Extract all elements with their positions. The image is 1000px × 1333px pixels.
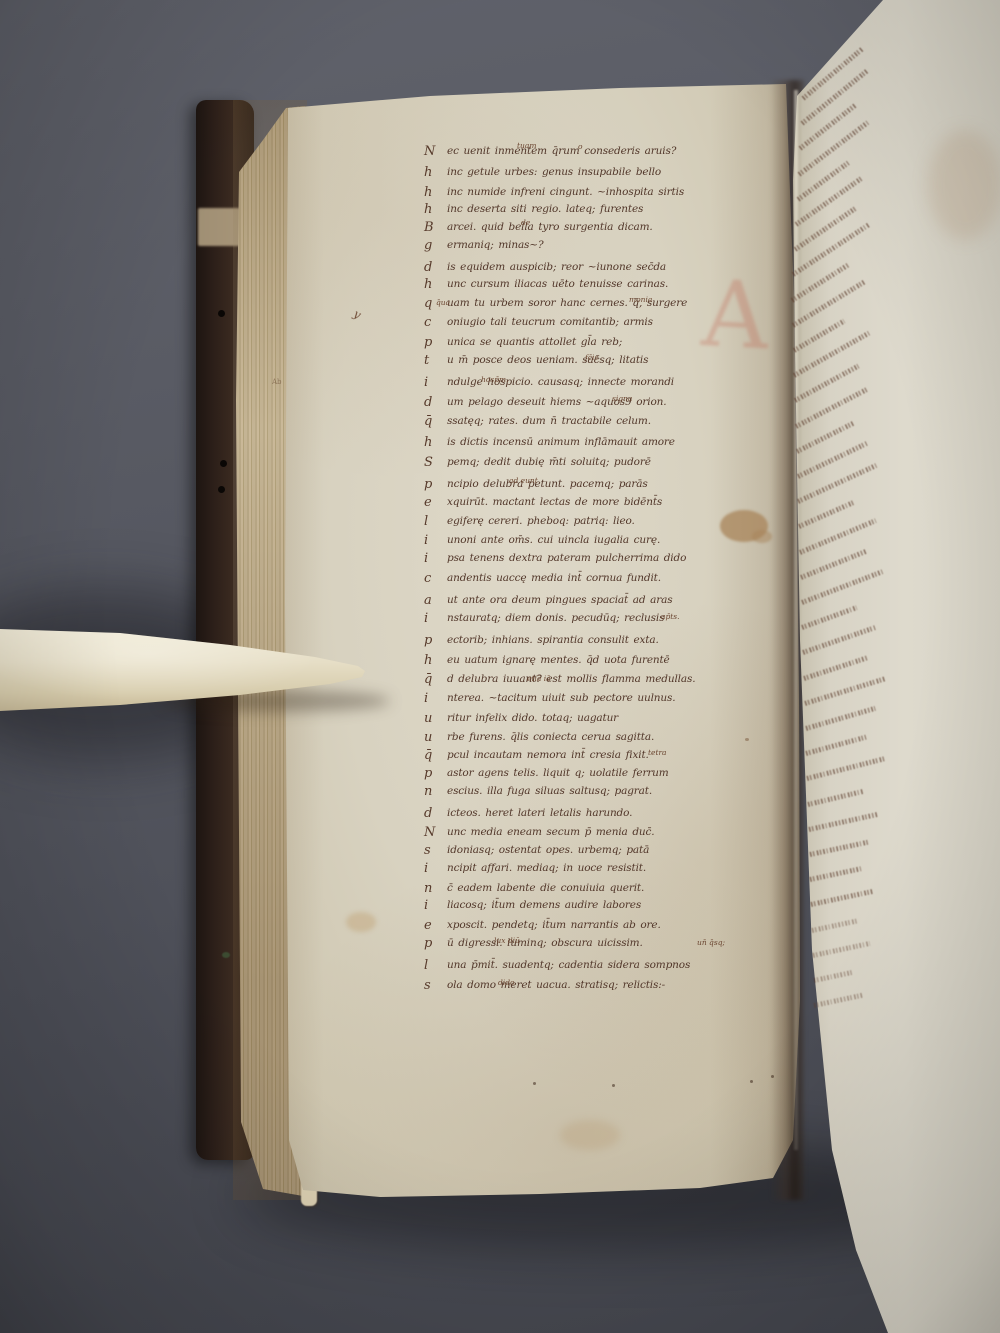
verse-text: ncipio delubra petunt. pacemq; parās xyxy=(447,478,648,490)
verse-text: d delubra iuuant? est mollis flamma medu… xyxy=(447,673,695,685)
verse-initial: n xyxy=(424,784,432,799)
interlinear-gloss: etiā iā xyxy=(527,674,551,683)
interlinear-gloss: ap̄ts. xyxy=(661,612,680,621)
verse-text: um pelago deseuit hiems ~aquos9 orion. xyxy=(447,396,666,408)
verse-text: xquirūt. mactant lectas de more bidēnt̄s xyxy=(447,496,662,508)
verse-initial: i xyxy=(424,611,428,626)
verse-initial: i xyxy=(424,691,428,706)
verse-text: nstauratq; diem donis. pecudūq; reclusis xyxy=(447,612,664,624)
speck xyxy=(750,1080,753,1083)
verse-text: arcei. quid bella tyro surgentia dicam. xyxy=(447,221,653,233)
verse-text: pcul incautam nemora int̄ cresia fixit. xyxy=(447,749,649,761)
verse-text: oniugio tali teucrum comitantib; armis xyxy=(447,316,653,328)
verse-initial: i xyxy=(424,861,428,876)
verse-initial: n xyxy=(424,881,432,896)
verse-initial: h xyxy=(424,653,432,668)
verse-text: andentis uaccę media int̄ cornua fundit. xyxy=(447,572,661,584)
verse-initial: u xyxy=(424,730,432,745)
interlinear-gloss: signa xyxy=(612,394,632,403)
verse-text: ssatęq; rates. dum n̄ tractabile celum. xyxy=(447,415,651,427)
verse-initial: a xyxy=(424,593,432,608)
verse-text: ncipit affari. mediaq; in uoce resistit. xyxy=(447,862,646,874)
speck xyxy=(612,1084,615,1087)
interlinear-gloss: dido xyxy=(498,978,515,987)
verse-text: inc getule urbes: genus insupabile bello xyxy=(447,166,661,178)
verse-text: inc numide infreni cingunt. ~inhospita s… xyxy=(447,186,684,198)
verse-text: xposcit. pendetq; it̄um narrantis ab ore… xyxy=(447,919,661,931)
verse-initial: s xyxy=(424,843,431,858)
verse-text: c̄ eadem labente die conuiuia querit. xyxy=(447,882,644,894)
verse-initial: c xyxy=(424,571,431,586)
verse-text: is equidem auspicib; reor ~iunone sec̄da xyxy=(447,261,666,273)
stain xyxy=(560,1120,620,1150)
verse-text: ola domo meret uacua. stratisq; relictis… xyxy=(447,979,665,991)
verse-text: unoni ante om̄s. cui uincla iugalia curę… xyxy=(447,534,660,546)
verse-text: is dictis incensū animum inflāmauit amor… xyxy=(447,436,675,448)
verse-initial: e xyxy=(424,495,432,510)
verse-text: u m̄ posce deos ueniam. sac̄sq; litatis xyxy=(447,354,648,366)
interlinear-gloss: de xyxy=(521,218,530,227)
interlinear-gloss: tetra xyxy=(648,748,667,757)
verse-text: egiferę cereri. pheboq: patriq: lieo. xyxy=(447,515,635,527)
verse-text: escius. illa fuga siluas saltusq; pagrat… xyxy=(447,785,652,797)
interlinear-gloss: un̄ q̄sq; xyxy=(697,938,725,947)
verse-initial: p xyxy=(424,335,432,350)
verse-initial: d xyxy=(424,395,432,410)
verse-initial: p xyxy=(424,936,432,951)
verse-initial: i xyxy=(424,533,428,548)
right-page-stain xyxy=(928,130,1000,240)
verse-text: astor agens telis. liquit q; uolatile fe… xyxy=(447,767,669,779)
verse-initial: N xyxy=(424,144,435,159)
verse-text: ermaniq; minas~? xyxy=(447,239,543,251)
verse-initial: l xyxy=(424,514,428,529)
interlinear-gloss: ad eunt xyxy=(509,476,538,485)
manuscript-photo: A Ab Nec uenit inmentem q̄rum consederis… xyxy=(0,0,1000,1333)
verse-initial: p xyxy=(424,477,432,492)
verse-text: inc deserta siti regio. lateq; furentes xyxy=(447,203,643,215)
verse-initial: p xyxy=(424,766,432,781)
verse-text: rbe furens. q̄lis coniecta cerua sagitta… xyxy=(447,731,654,743)
leather-speck xyxy=(222,952,230,958)
verse-text: psa tenens dextra pateram pulcherrima di… xyxy=(447,552,686,564)
verse-initial: h xyxy=(424,435,432,450)
verse-initial: i xyxy=(424,898,428,913)
interlinear-gloss: monia xyxy=(629,295,652,304)
verse-initial: N xyxy=(424,825,435,840)
interlinear-gloss: o xyxy=(578,142,583,151)
verse-initial: q xyxy=(424,296,432,311)
verse-initial: g xyxy=(424,238,432,253)
interlinear-gloss: tuam xyxy=(517,141,536,150)
verse-initial: u xyxy=(424,711,432,726)
verse-text: ec uenit inmentem q̄rum consederis aruis… xyxy=(447,145,676,157)
verse-initial: p xyxy=(424,633,432,648)
verse-text: ectorib; inhians. spirantia consulit ext… xyxy=(447,634,659,646)
spine-label-patch xyxy=(198,208,240,246)
verse-text: unica se quantis attollet gl̄a reb; xyxy=(447,336,622,348)
verse-initial: S xyxy=(424,455,433,470)
verse-text: una p̄mit̄. suadentq; cadentia sidera so… xyxy=(447,959,690,971)
verse-text: idoniasq; ostentat opes. urbemq; patā xyxy=(447,844,649,856)
speck xyxy=(745,738,749,741)
verse-initial: e xyxy=(424,918,432,933)
stain xyxy=(752,530,772,543)
verse-initial: B xyxy=(424,220,434,235)
verse-initial: c xyxy=(424,315,431,330)
verse-text: unc cursum iliacas uēto tenuisse carinas… xyxy=(447,278,668,290)
verse-text: ritur infelix dido. totaq; uagatur xyxy=(447,712,618,724)
verse-initial: h xyxy=(424,165,432,180)
verse-initial: h xyxy=(424,185,432,200)
verse-text: ū digressi. luminq; obscura uicissim. xyxy=(447,937,643,949)
verse-initial: i xyxy=(424,551,428,566)
verse-initial: d xyxy=(424,806,432,821)
worm-hole xyxy=(218,486,225,493)
verse-text: icteos. heret lateri letalis harundo. xyxy=(447,807,632,819)
verse-text: unc media eneam secum p̄ menia duc̄. xyxy=(447,826,654,838)
verse-text: liacosq; it̄um demens audire labores xyxy=(447,899,641,911)
verse-initial: d xyxy=(424,260,432,275)
speck xyxy=(533,1082,536,1085)
worm-hole xyxy=(220,460,227,467)
interlinear-gloss: lux diū xyxy=(494,936,520,945)
verse-initial: q̄ xyxy=(424,748,432,763)
verse-initial: h xyxy=(424,202,432,217)
verse-initial: q̄ xyxy=(424,672,432,687)
verse-text: ut ante ora deum pingues spaciat̄ ad ara… xyxy=(447,594,672,606)
verse-initial: t xyxy=(424,353,429,368)
verse-initial: i xyxy=(424,375,428,390)
interlinear-gloss: hosp̄m. xyxy=(481,375,509,384)
verse-initial: h xyxy=(424,277,432,292)
verse-text: nterea. ~tacitum uiuit sub pectore uulnu… xyxy=(447,692,675,704)
verse-text: eu uatum ignarę mentes. q̄d uota furentē xyxy=(447,654,670,666)
interlinear-gloss: q̄ua xyxy=(436,298,450,307)
worm-hole xyxy=(218,310,225,317)
edge-mark: Ab xyxy=(272,378,282,386)
verse-text: pemq; dedit dubię m̄ti soluitq; pudorē xyxy=(447,456,651,468)
stain xyxy=(346,912,376,932)
verse-initial: s xyxy=(424,978,431,993)
verse-initial: l xyxy=(424,958,428,973)
verse-initial: q̄ xyxy=(424,414,432,429)
interlinear-gloss: fc̄is xyxy=(585,353,598,362)
